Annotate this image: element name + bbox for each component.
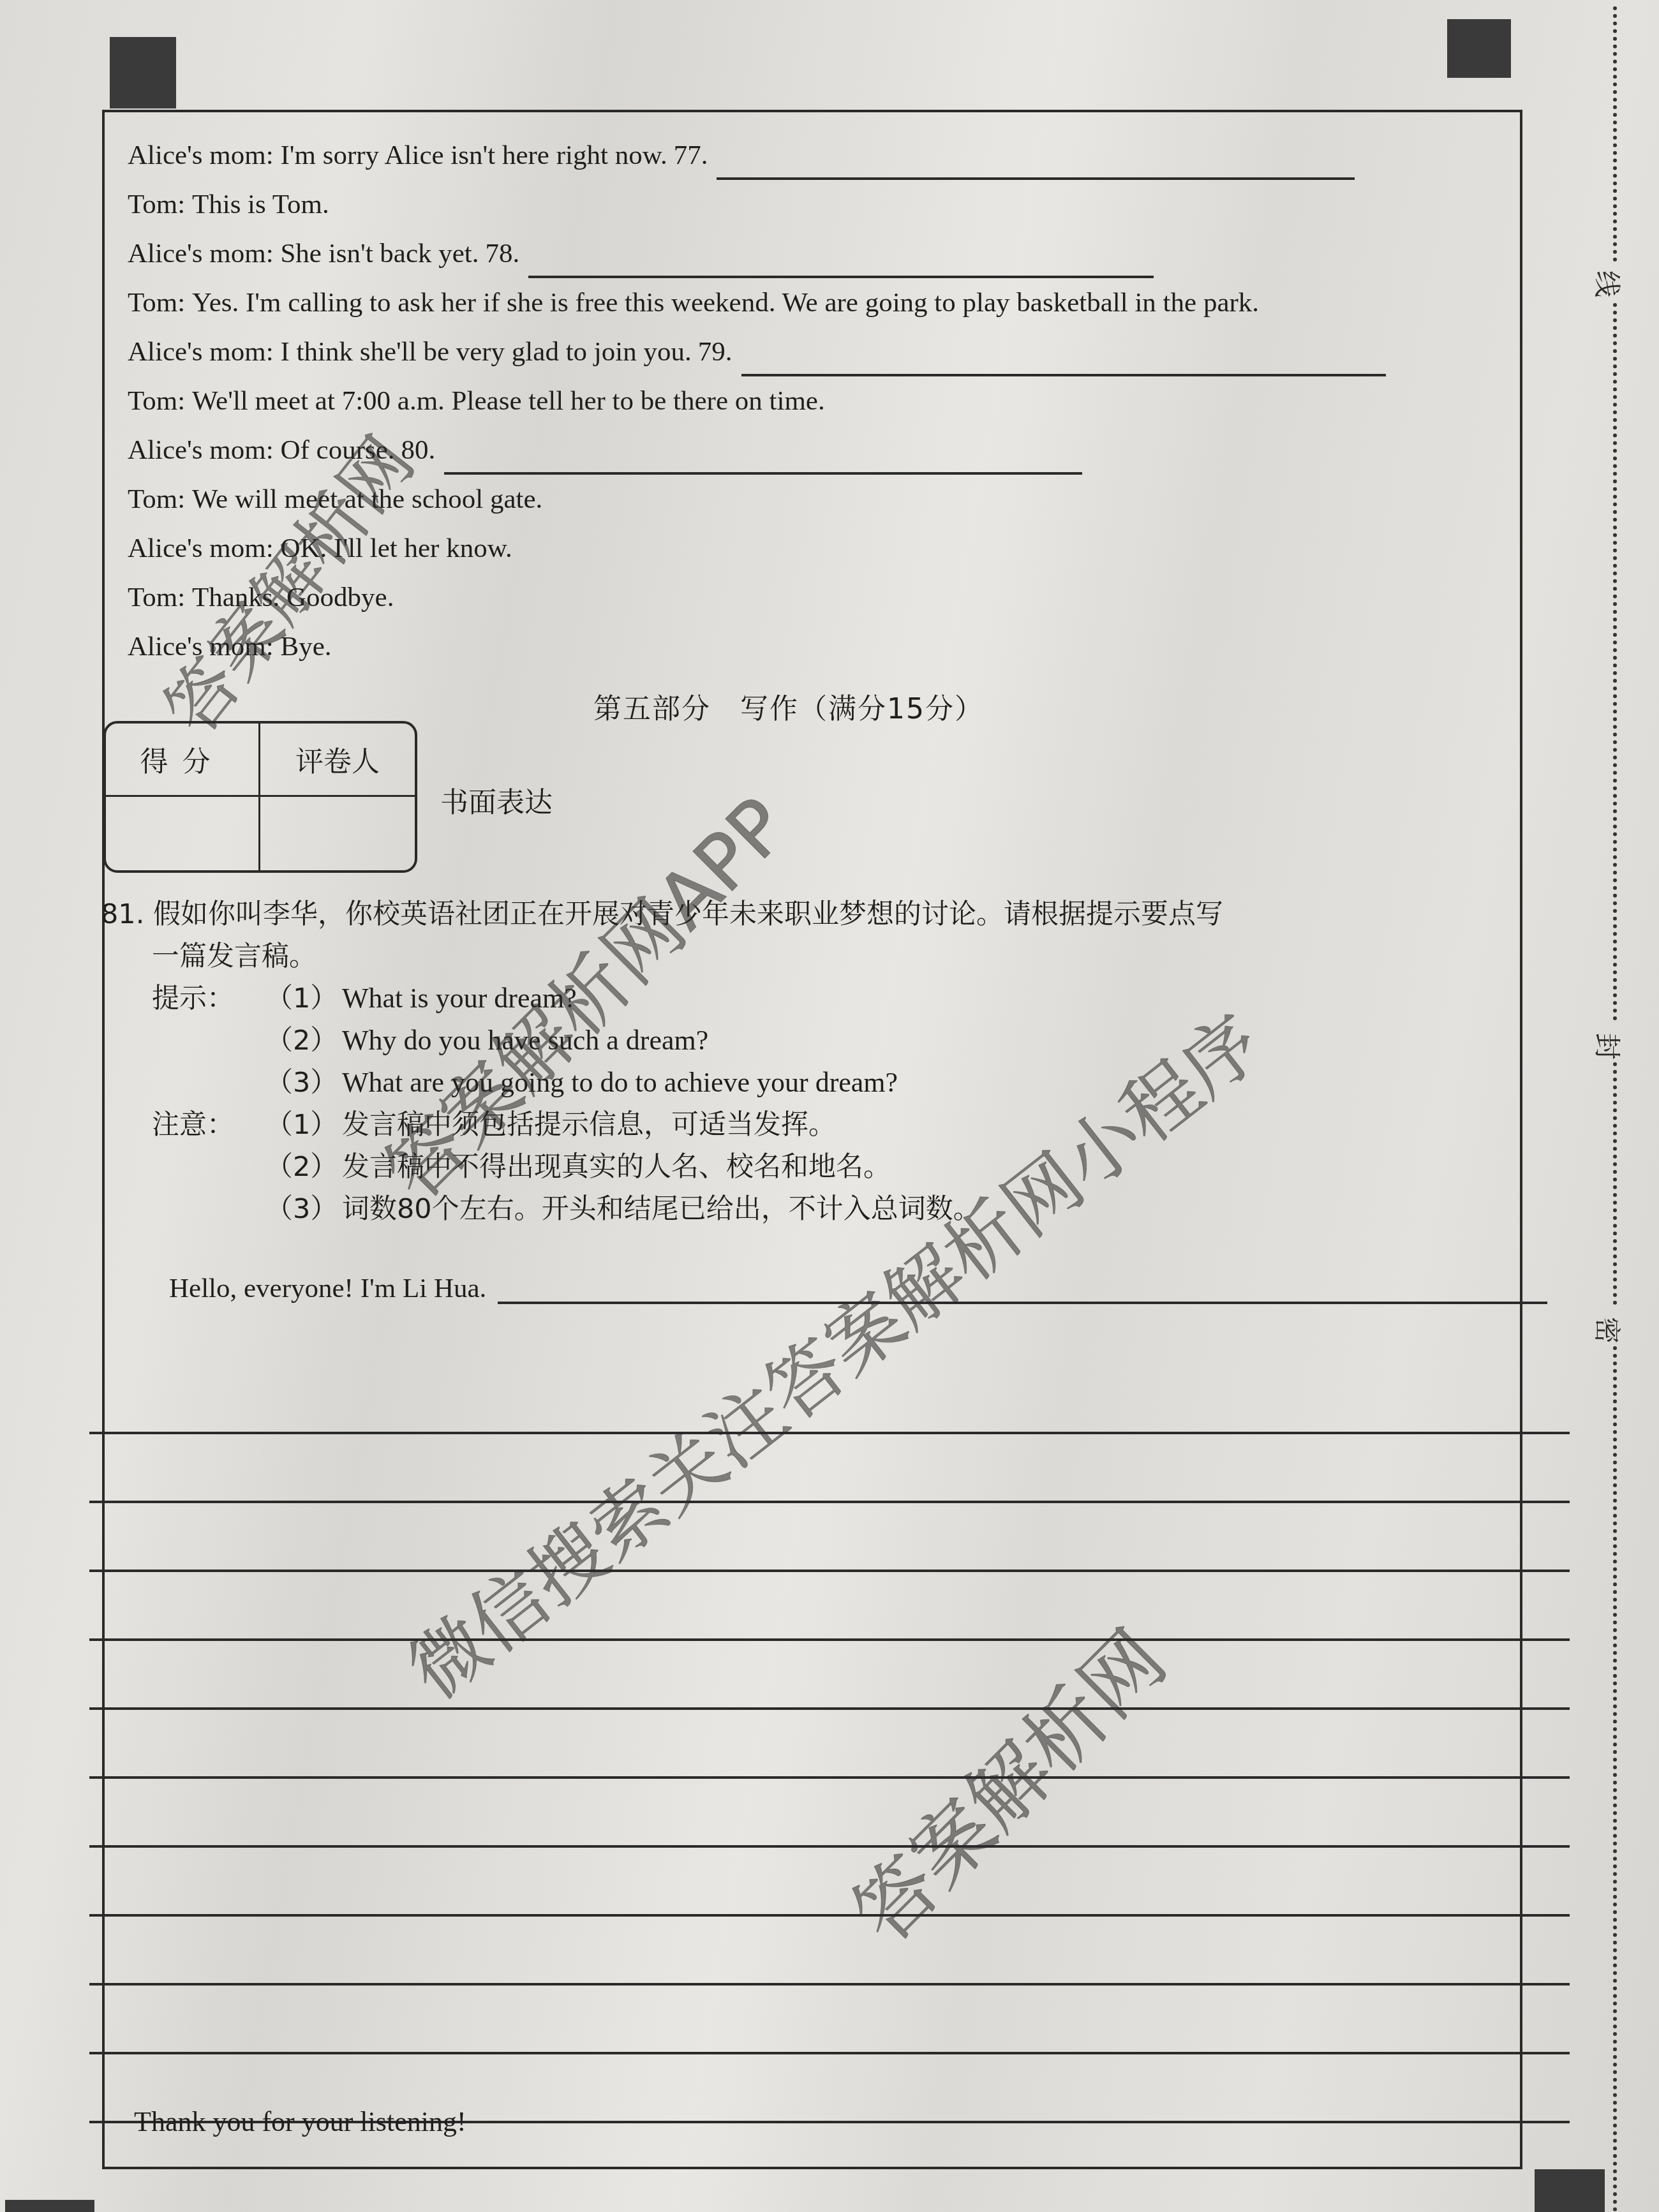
section-subtitle: 书面表达 <box>440 780 553 820</box>
blank-number: 77. <box>674 131 708 180</box>
blank-number: 78. <box>486 229 520 278</box>
score-table: 得分 评卷人 <box>103 721 417 873</box>
speaker: Tom <box>128 278 177 327</box>
hint-row: （3） What are you going to do to achieve … <box>101 1062 1524 1104</box>
dialogue-line: Alice's mom: I think she'll be very glad… <box>128 327 1499 376</box>
speaker: Tom <box>128 475 177 524</box>
grader-label: 评卷人 <box>260 724 415 797</box>
score-label: 得分 <box>106 724 260 797</box>
writing-line[interactable] <box>89 1710 1570 1779</box>
exam-paper: Alice's mom: I'm sorry Alice isn't here … <box>0 0 1659 2212</box>
line-text: We'll meet at 7:00 a.m. Please tell her … <box>192 376 825 426</box>
notes-label: 注意： <box>101 1104 265 1146</box>
cut-line <box>1613 1346 1617 2212</box>
line-text: I think she'll be very glad to join you. <box>280 327 691 376</box>
writing-line[interactable] <box>89 1434 1570 1503</box>
writing-line[interactable] <box>498 1281 1547 1304</box>
binding-mark-seal: 封 <box>1589 1033 1628 1060</box>
opening-text: Hello, everyone! I'm Li Hua. <box>169 1273 486 1304</box>
dialogue-line: Alice's mom: I'm sorry Alice isn't here … <box>128 131 1499 180</box>
dialogue-line: Tom: Yes. I'm calling to ask her if she … <box>128 278 1499 327</box>
note-row: （3） 词数80个左右。开头和结尾已给出，不计入总词数。 <box>101 1188 1524 1230</box>
note-row: （2） 发言稿中不得出现真实的人名、校名和地名。 <box>101 1146 1524 1188</box>
dialogue-line: Tom: This is Tom. <box>128 180 1499 229</box>
task-number: 81. <box>101 898 144 930</box>
speaker: Tom <box>128 376 177 426</box>
line-text: This is Tom. <box>192 180 329 229</box>
grader-cell[interactable] <box>260 797 415 870</box>
speaker: Alice's mom <box>128 131 266 180</box>
writing-line[interactable] <box>89 1572 1570 1641</box>
registration-mark-bottom-left <box>5 2200 94 2212</box>
cut-line <box>1613 6 1617 262</box>
speaker: Alice's mom <box>128 327 266 376</box>
note-row: 注意： （1） 发言稿中须包括提示信息，可适当发挥。 <box>101 1104 1524 1146</box>
line-text: Yes. I'm calling to ask her if she is fr… <box>192 278 1259 327</box>
answer-blank[interactable] <box>741 348 1386 376</box>
section-title: 第五部分 写作（满分15分） <box>593 686 984 727</box>
speaker: Alice's mom <box>128 426 266 475</box>
answer-blank[interactable] <box>717 152 1355 180</box>
speaker: Alice's mom <box>128 229 266 278</box>
dialogue-line: Alice's mom: She isn't back yet.78. <box>128 229 1499 278</box>
line-text: She isn't back yet. <box>280 229 479 278</box>
registration-mark-top-left <box>110 37 176 108</box>
cut-line <box>1613 1062 1617 1305</box>
writing-line[interactable] <box>89 1779 1570 1848</box>
answer-blank[interactable] <box>444 447 1082 475</box>
speaker: Tom <box>128 573 177 622</box>
registration-mark-top-right <box>1447 19 1511 78</box>
hint-row: （2） Why do you have such a dream? <box>101 1020 1524 1062</box>
score-cell[interactable] <box>106 797 260 870</box>
writing-line[interactable] <box>89 1641 1570 1710</box>
hint-row: 提示： （1） What is your dream? <box>101 977 1524 1020</box>
cut-line <box>1613 303 1617 1021</box>
writing-task: 81. 假如你叫李华，你校英语社团正在开展对青少年未来职业梦想的讨论。请根据提示… <box>101 893 1524 1230</box>
hints-label: 提示： <box>101 977 265 1020</box>
dialogue-line: Tom: We'll meet at 7:00 a.m. Please tell… <box>128 376 1499 426</box>
binding-mark-line: 线 <box>1589 271 1628 297</box>
binding-mark-secret: 密 <box>1589 1317 1628 1344</box>
writing-line[interactable] <box>89 1503 1570 1572</box>
writing-line[interactable] <box>89 1917 1570 1986</box>
blank-number: 79. <box>698 327 733 376</box>
task-prompt: 81. 假如你叫李华，你校英语社团正在开展对青少年未来职业梦想的讨论。请根据提示… <box>101 893 1524 935</box>
answer-blank[interactable] <box>528 250 1154 278</box>
speaker: Tom <box>128 180 177 229</box>
task-prompt-line2: 一篇发言稿。 <box>101 935 1524 977</box>
essay-closing: Thank you for your listening! <box>134 2105 466 2138</box>
dialogue-line: Alice's mom: Bye. <box>128 622 1499 671</box>
writing-line[interactable] <box>89 1986 1570 2054</box>
line-text: I'm sorry Alice isn't here right now. <box>280 131 667 180</box>
binding-margin: 线 封 密 <box>1576 0 1653 2212</box>
writing-lines <box>89 1365 1570 2123</box>
